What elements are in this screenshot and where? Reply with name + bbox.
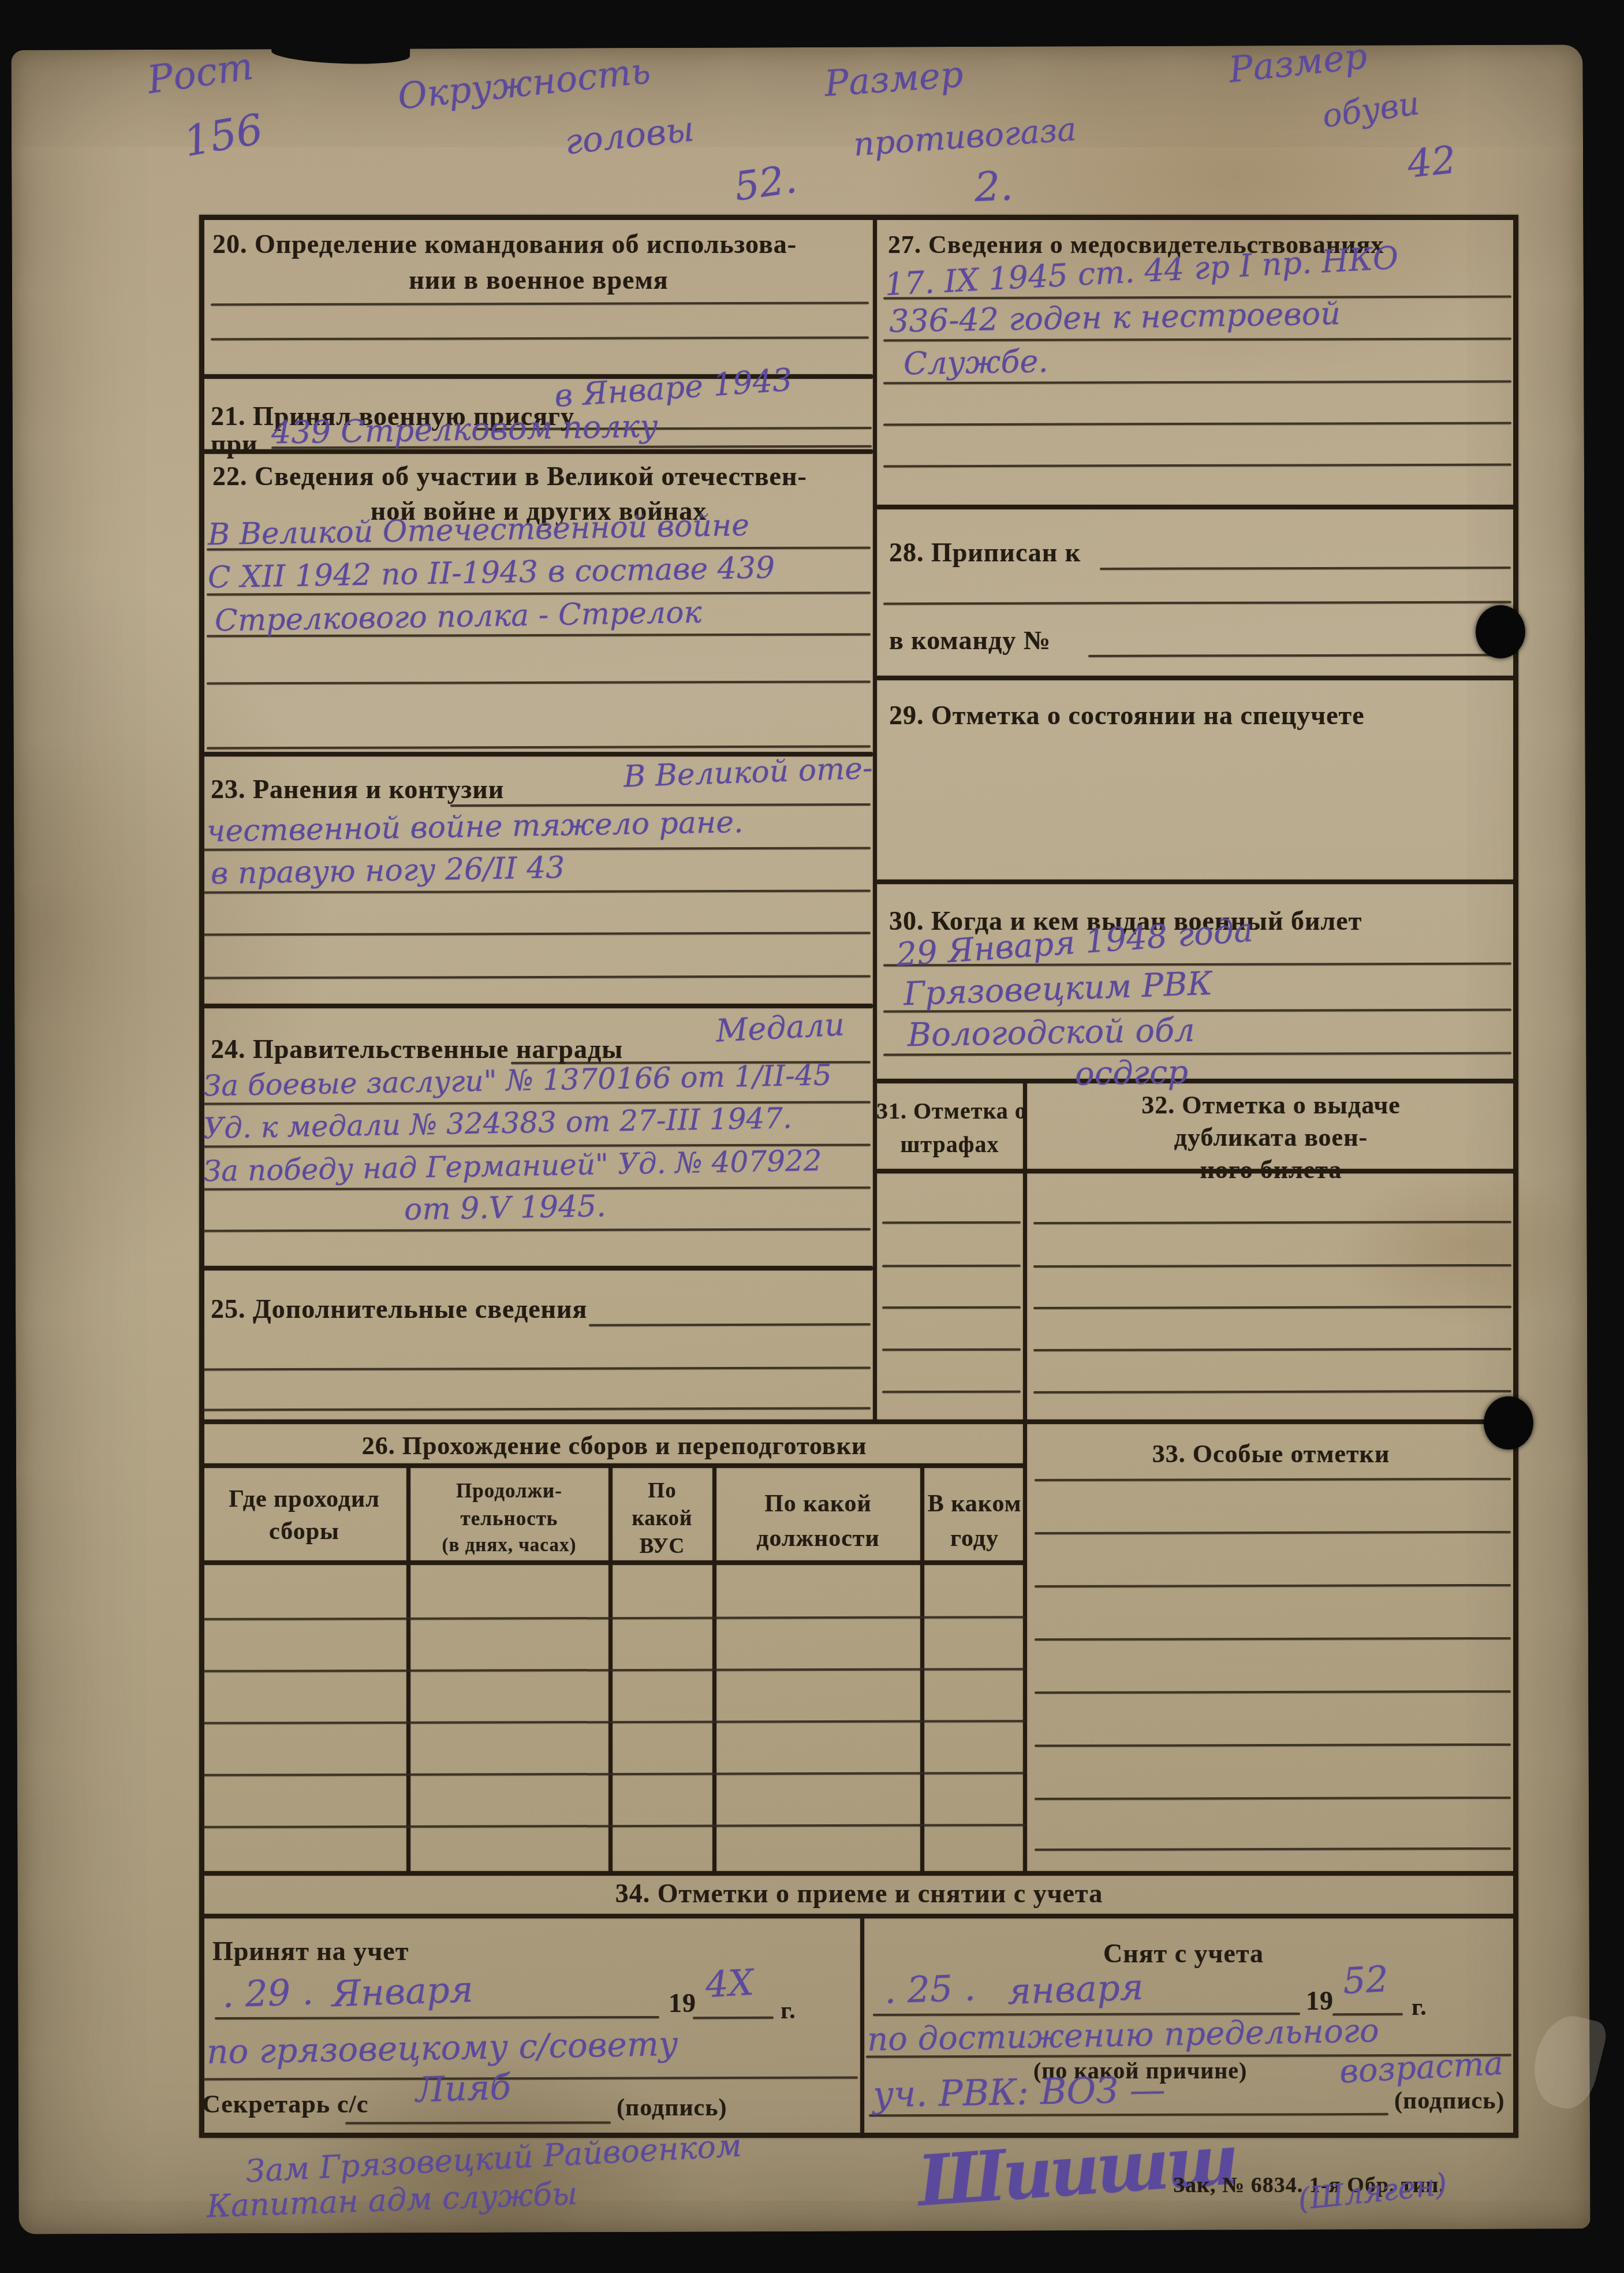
- table-line-horizontal: [203, 1004, 873, 1008]
- s34-right-year-prefix: 19: [1306, 1985, 1334, 2016]
- section-24-label: 24. Правительственные награды: [211, 1034, 623, 1064]
- section-26-col1-line2: сборы: [203, 1518, 405, 1545]
- section-26-col1-line1: Где проходил: [203, 1485, 405, 1513]
- ruled-line: [693, 2017, 774, 2019]
- section-29-title: 29. Отметка о состоянии на спецучете: [889, 700, 1365, 731]
- section-34-title: 34. Отметки о приеме и снятии с учета: [203, 1878, 1515, 1909]
- section-21-hw-unit: 439 Стрелковом полку: [271, 408, 659, 451]
- section-20-title-line1: 20. Определение командования об использо…: [212, 229, 797, 259]
- s34-right-year-suffix: г.: [1412, 1993, 1427, 2021]
- ruled-line: [882, 1221, 1021, 1224]
- section-26-col4-line2: должности: [716, 1525, 920, 1552]
- s34-right-hw-day: . 25 .: [884, 1966, 976, 2011]
- section-26-col3-line3: ВУС: [612, 1534, 712, 1559]
- section-25-label: 25. Дополнительные сведения: [211, 1294, 588, 1324]
- table-line-vertical: [873, 216, 877, 1423]
- section-32-title-line2: дубликата воен-: [1027, 1123, 1515, 1152]
- ruled-line: [882, 1391, 1021, 1393]
- table-line-horizontal: [876, 676, 1515, 680]
- s34-right-hw-year: 52: [1342, 1958, 1390, 2002]
- s34-right-podpis-label: (подпись): [1394, 2087, 1504, 2115]
- section-28-label1: 28. Приписан к: [889, 537, 1081, 568]
- s34-left-hw-signature: Лияб: [415, 2067, 512, 2111]
- s34-left-hw-line2: по грязовецкому с/совету: [206, 2024, 678, 2071]
- table-line-horizontal: [203, 1560, 1025, 1565]
- military-card-scan: Рост 156 Окружность головы 52. Размер пр…: [0, 0, 1624, 2273]
- hole-punch-top: [1476, 605, 1525, 658]
- ruled-line: [882, 1306, 1021, 1309]
- hw-shoe-value: 42: [1405, 137, 1458, 187]
- section-27-hw-line3: Службе.: [903, 343, 1048, 382]
- s34-left-hw-day: . 29 .: [222, 1970, 314, 2015]
- section-26-col3-line2: какой: [612, 1506, 712, 1531]
- section-33-title: 33. Особые отметки: [1027, 1439, 1515, 1469]
- table-line-horizontal: [203, 1914, 1515, 1918]
- section-30-hw-line3: Вологодской обл: [907, 1012, 1195, 1054]
- section-28-label2: в команду №: [889, 625, 1051, 655]
- section-22-title-line1: 22. Сведения об участии в Великой отечес…: [212, 461, 807, 491]
- section-32-title-line1: 32. Отметка о выдаче: [1027, 1090, 1515, 1120]
- section-26-col5-line2: году: [924, 1525, 1025, 1552]
- ruled-line: [882, 1265, 1021, 1268]
- section-21-pri-label: при: [211, 428, 258, 459]
- table-line-horizontal: [203, 1419, 1515, 1424]
- section-26-col5-line1: В каком: [924, 1490, 1025, 1518]
- s34-left-hw-year: 4Х: [704, 1961, 755, 2006]
- section-20-title-line2: нии в военное время: [212, 264, 865, 295]
- table-line-horizontal: [203, 1463, 1025, 1468]
- s34-left-year-suffix: г.: [781, 1997, 796, 2025]
- s34-right-title: Снят с учета: [866, 1938, 1501, 1969]
- table-line-horizontal: [203, 1266, 873, 1270]
- section-26-col2-line1: Продолжи-: [410, 1480, 608, 1503]
- section-24-hw-inline: Медали: [715, 1006, 846, 1049]
- ruled-line: [882, 1348, 1021, 1351]
- section-23-label: 23. Ранения и контузии: [211, 774, 504, 804]
- table-line-horizontal: [876, 505, 1515, 509]
- table-line-vertical: [1023, 1080, 1027, 1875]
- s34-left-secretary-label: Секретарь с/с: [202, 2089, 368, 2119]
- s34-left-title: Принят на учет: [212, 1936, 409, 1966]
- section-26-col2-line3: (в днях, часах): [410, 1535, 608, 1556]
- section-24-hw-line5: от 9.V 1945.: [404, 1189, 607, 1227]
- section-26-title: 26. Прохождение сборов и переподготовки: [203, 1431, 1025, 1460]
- section-23-hw-line3: в правую ногу 26/II 43: [211, 851, 565, 892]
- section-30-hw-line4: осдгср: [1074, 1053, 1188, 1093]
- table-line-vertical: [860, 1915, 864, 2138]
- hw-gasmask-value: 2.: [974, 162, 1014, 211]
- section-31-title-line2: штрафах: [876, 1131, 1023, 1158]
- section-32-title-line3: ного билета: [1027, 1155, 1515, 1184]
- section-26-col3-line1: По: [612, 1478, 712, 1503]
- section-31-title-line1: 31. Отметка о: [876, 1097, 1023, 1124]
- section-26-col4-line1: По какой: [716, 1490, 920, 1518]
- s34-right-hw-line3: уч. РВК: ВОЗ —: [872, 2069, 1166, 2116]
- s34-right-hw-month: января: [1007, 1966, 1144, 2013]
- hole-punch-bottom: [1484, 1396, 1533, 1449]
- s34-left-podpis-label: (подпись): [617, 2094, 727, 2122]
- section-26-col2-line2: тельность: [410, 1507, 608, 1530]
- s34-left-hw-month: Января: [331, 1968, 474, 2015]
- table-line-horizontal: [876, 1079, 1515, 1083]
- hw-head-circumference-value: 52.: [731, 156, 800, 210]
- table-line-horizontal: [203, 1871, 1515, 1876]
- table-line-horizontal: [876, 880, 1515, 884]
- s34-left-year-prefix: 19: [669, 1988, 696, 2018]
